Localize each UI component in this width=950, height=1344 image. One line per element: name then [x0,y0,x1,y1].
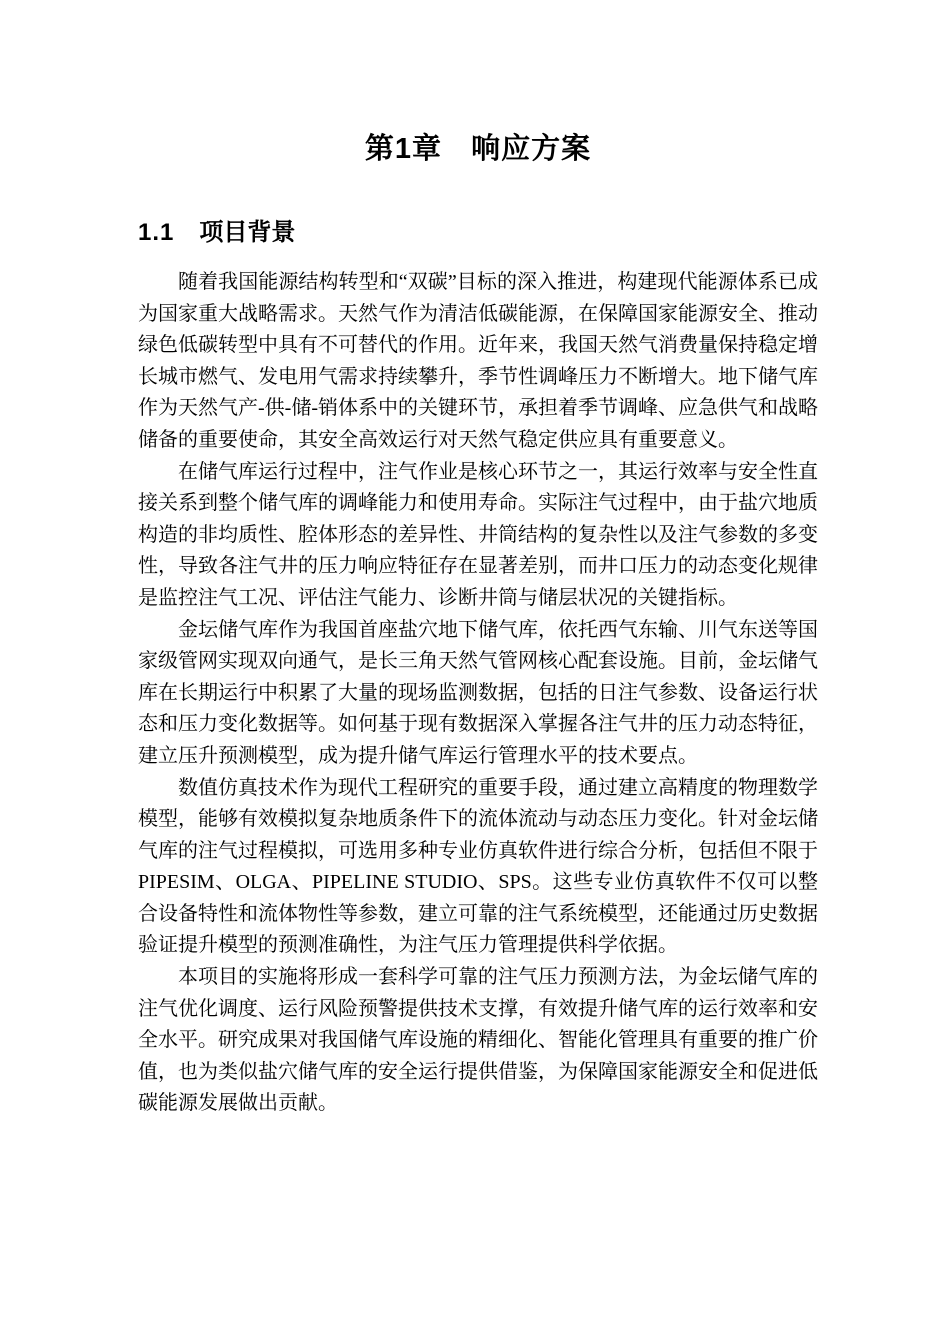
chapter-number: 第1章 [365,133,442,165]
paragraph-3: 金坛储气库作为我国首座盐穴地下储气库，依托西气东输、川气东送等国家级管网实现双向… [138,615,818,773]
paragraph-5: 本项目的实施将形成一套科学可靠的注气压力预测方法，为金坛储气库的注气优化调度、运… [138,962,818,1120]
document-page: 第1章响应方案 1.1项目背景 随着我国能源结构转型和“双碳”目标的深入推进，构… [0,0,950,1344]
section-heading: 1.1项目背景 [138,218,818,248]
section-number: 1.1 [138,219,174,246]
body-text: 随着我国能源结构转型和“双碳”目标的深入推进，构建现代能源体系已成为国家重大战略… [138,267,818,1120]
paragraph-4: 数值仿真技术作为现代工程研究的重要手段，通过建立高精度的物理数学模型，能够有效模… [138,773,818,963]
chapter-heading: 第1章响应方案 [138,131,818,168]
paragraph-1: 随着我国能源结构转型和“双碳”目标的深入推进，构建现代能源体系已成为国家重大战略… [138,267,818,457]
paragraph-2: 在储气库运行过程中，注气作业是核心环节之一，其运行效率与安全性直接关系到整个储气… [138,457,818,615]
section-title: 项目背景 [199,219,295,246]
chapter-title: 响应方案 [471,133,591,165]
